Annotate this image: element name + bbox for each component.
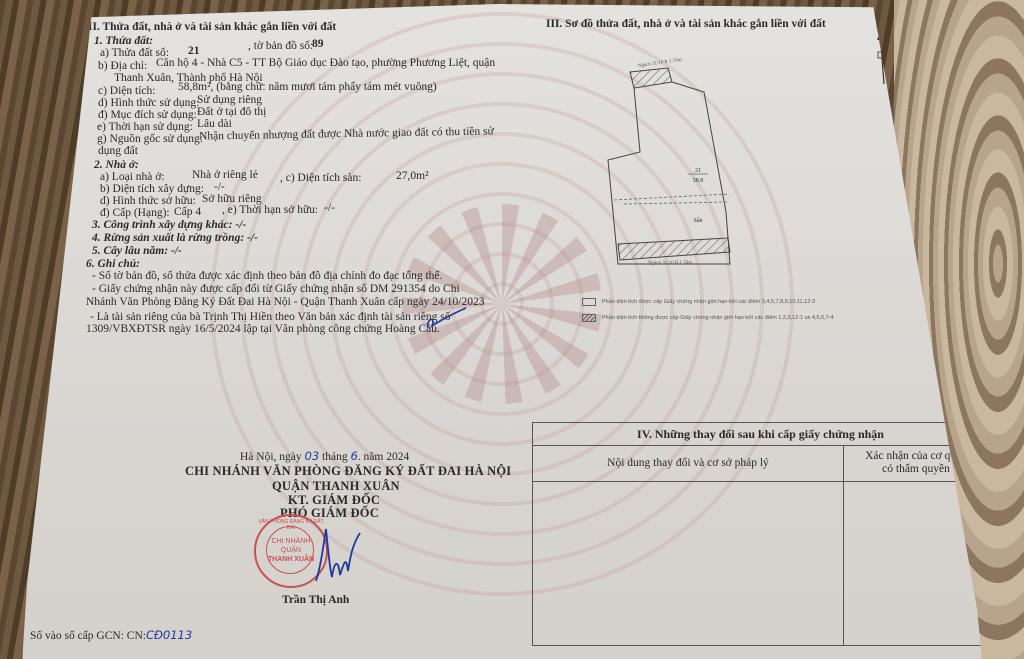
year-label: năm: [364, 451, 384, 463]
parcel-diagram: Ngách 31/10 R 1.70m 21 58.8 Sân Ngách 31…: [578, 32, 908, 292]
registry-label: Số vào sổ cấp GCN: CN:: [30, 630, 146, 642]
svg-text:58.8: 58.8: [693, 178, 704, 184]
col-change-content-header: Nội dung thay đổi và cơ sở pháp lý: [533, 446, 844, 481]
ownership-term: -/-: [324, 202, 335, 215]
other-works: 3. Công trình xây dựng khác: -/-: [92, 219, 246, 232]
section-3-title: III. Sơ đồ thửa đất, nhà ở và tài sản kh…: [546, 18, 826, 31]
table-column-divider: [843, 481, 844, 645]
alley-top-label: Ngách 31/10 R 1.70m: [638, 58, 683, 69]
place-date-prefix: Hà Nội, ngày: [240, 451, 302, 463]
issue-day: 03: [305, 449, 320, 463]
legend-hatched-text: Phần diện tích không được cấp Giấy chứng…: [602, 315, 834, 321]
grade: Cấp 4: [174, 206, 201, 219]
certificate-paper: II. Thửa đất, nhà ở và tài sản khác gắn …: [22, 4, 1012, 659]
place-date: Hà Nội, ngày 03 tháng 6. năm 2024: [240, 450, 409, 464]
org-line2: QUẬN THANH XUÂN: [272, 480, 400, 493]
signature-icon: [294, 519, 364, 589]
map-sheet-label: , tờ bản đồ số:: [248, 40, 313, 53]
note-line: - Số tờ bản đồ, số thửa được xác định th…: [92, 270, 442, 283]
legend-hatched-swatch-icon: [582, 314, 596, 322]
note-line: 1309/VBXĐTSR ngày 16/5/2024 lập tại Văn …: [86, 323, 440, 336]
map-sheet: 89: [312, 38, 324, 51]
svg-text:21: 21: [695, 168, 701, 174]
issue-year: 2024: [386, 451, 409, 463]
note-line: - Giấy chứng nhận này được cấp đổi từ Gi…: [92, 283, 460, 296]
registry-value: CĐ0113: [146, 628, 192, 642]
forest: 4. Rừng sản xuất là rừng trồng: -/-: [92, 232, 258, 245]
svg-text:Sân: Sân: [694, 218, 703, 224]
registry-number: Số vào sổ cấp GCN: CN:CĐ0113: [30, 629, 192, 643]
legend-plain-text: Phần diện tích được cấp Giấy chứng nhận …: [602, 299, 815, 305]
origin-line2: dụng đất: [98, 145, 138, 158]
address-line1: Căn hộ 4 - Nhà C5 - TT Bộ Giáo dục Đào t…: [156, 57, 495, 70]
month-label: tháng: [322, 451, 348, 463]
floor-area: 27,0m²: [396, 170, 429, 183]
section-2-title: II. Thửa đất, nhà ở và tài sản khác gắn …: [88, 21, 336, 34]
changes-table: IV. Những thay đổi sau khi cấp giấy chứn…: [532, 422, 989, 646]
svg-text:Ngách 31/10 R 1.70m: Ngách 31/10 R 1.70m: [648, 261, 692, 266]
floor-area-label: , c) Diện tích sàn:: [280, 172, 361, 185]
area-value: 58,8m², (bằng chữ: năm mươi tám phẩy tám…: [178, 81, 437, 94]
legend-plain-swatch-icon: [582, 298, 596, 306]
ownership-term-label: , e) Thời hạn sở hữu:: [222, 204, 318, 217]
perennial-trees: 5. Cây lâu năm: -/-: [92, 245, 182, 258]
org-line1: CHI NHÁNH VĂN PHÒNG ĐĂNG KÝ ĐẤT ĐAI HÀ N…: [185, 465, 511, 478]
term: Lâu dài: [197, 118, 232, 131]
issue-month: 6: [350, 449, 357, 463]
legend-item-plain: Phần diện tích được cấp Giấy chứng nhận …: [582, 296, 815, 309]
initials-mark-icon: [422, 304, 472, 334]
section-4-title: IV. Những thay đổi sau khi cấp giấy chứn…: [533, 423, 988, 446]
legend-item-hatched: Phần diện tích không được cấp Giấy chứng…: [582, 312, 834, 325]
signer-name: Trần Thị Anh: [282, 594, 349, 607]
